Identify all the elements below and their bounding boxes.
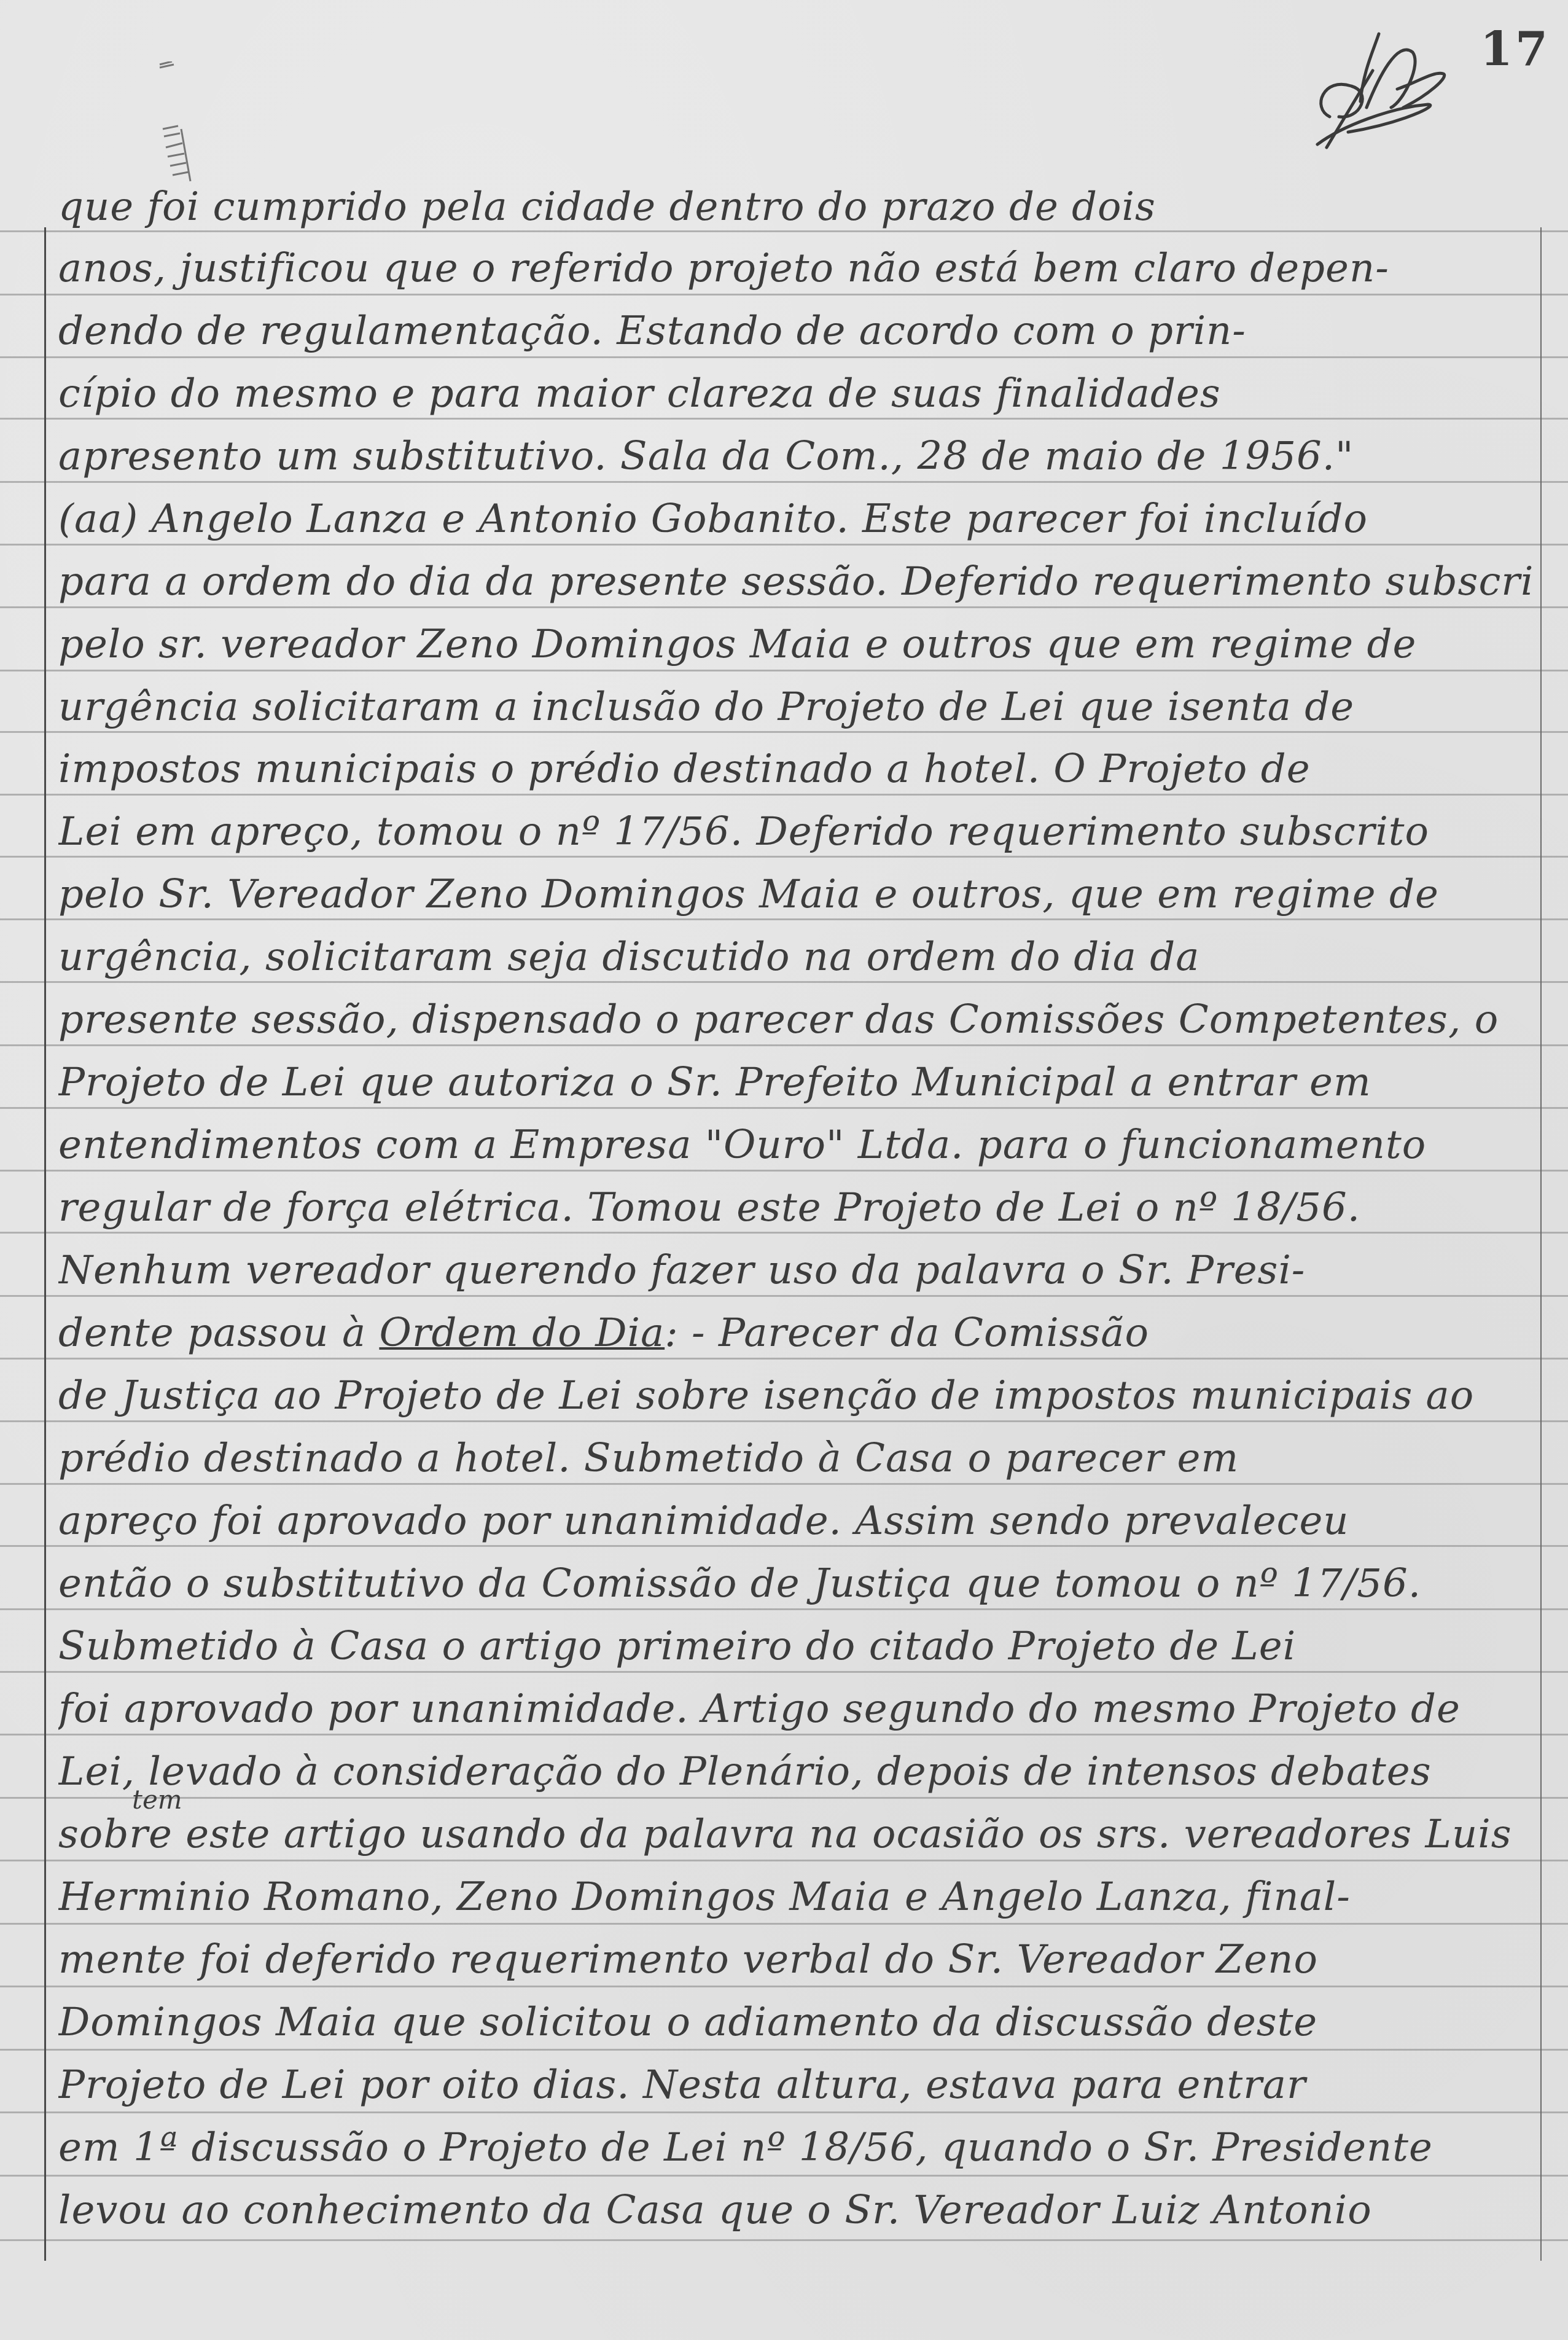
- ruled-line: [0, 1420, 1568, 1422]
- ruled-line: [0, 418, 1568, 420]
- text-line: apreço foi aprovado por unanimidade. Ass…: [58, 1498, 1532, 1544]
- text-line: urgência, solicitaram seja discutido na …: [58, 934, 1532, 980]
- ruled-line: [0, 356, 1568, 358]
- ruled-line: [0, 1044, 1568, 1046]
- text-line: urgência solicitaram a inclusão do Proje…: [58, 684, 1532, 730]
- ruled-line: [0, 794, 1568, 796]
- text-line: impostos municipais o prédio destinado a…: [58, 746, 1532, 792]
- ruled-line: [0, 2239, 1568, 2241]
- ruled-line: [0, 1170, 1568, 1172]
- text-line: sobre este artigo usando da palavra na o…: [58, 1812, 1532, 1857]
- ruled-line: [0, 2049, 1568, 2051]
- ruled-line: [0, 1986, 1568, 1987]
- text-line: então o substitutivo da Comissão de Just…: [58, 1561, 1532, 1606]
- signature-rubric-icon: [1305, 15, 1446, 151]
- text-line: regular de força elétrica. Tomou este Pr…: [58, 1185, 1532, 1231]
- ruled-line: [0, 481, 1568, 483]
- right-margin-line: [1540, 227, 1542, 2261]
- text-line: apresento um substitutivo. Sala da Com.,…: [58, 434, 1532, 479]
- text-line: anos, justificou que o referido projeto …: [58, 246, 1532, 291]
- text-line: foi aprovado por unanimidade. Artigo seg…: [58, 1686, 1532, 1732]
- ruled-line: [0, 2111, 1568, 2113]
- ruled-line: [0, 1295, 1568, 1297]
- ruled-line: [0, 544, 1568, 546]
- ruled-line: [0, 1734, 1568, 1735]
- text-line: mente foi deferido requerimento verbal d…: [58, 1937, 1532, 1982]
- text-line: de Justiça ao Projeto de Lei sobre isenç…: [58, 1373, 1532, 1418]
- text-line: Nenhum vereador querendo fazer uso da pa…: [58, 1248, 1532, 1293]
- interlinear-insert: tem: [132, 1785, 182, 1815]
- ruled-line: [0, 1107, 1568, 1109]
- text-line: Submetido à Casa o artigo primeiro do ci…: [58, 1624, 1532, 1669]
- text-line: cípio do mesmo e para maior clareza de s…: [58, 371, 1532, 417]
- ruled-line: [0, 1358, 1568, 1360]
- text-line: dendo de regulamentação. Estando de acor…: [58, 308, 1532, 354]
- ruled-line: [0, 731, 1568, 733]
- text-line: dente passou à Ordem do Dia: - Parecer d…: [58, 1310, 1532, 1356]
- folio-number: 17: [1480, 22, 1550, 76]
- text-line: prédio destinado a hotel. Submetido à Ca…: [58, 1436, 1532, 1481]
- left-margin-line: [44, 227, 46, 2261]
- ruled-line: [0, 606, 1568, 608]
- ruled-line: [0, 1923, 1568, 1925]
- text-line: levou ao conhecimento da Casa que o Sr. …: [58, 2188, 1532, 2233]
- text-line: Lei, levado à consideração do Plenário, …: [58, 1749, 1532, 1794]
- ruled-line: [0, 1232, 1568, 1234]
- ruled-line: [0, 918, 1568, 920]
- ruled-line: [0, 2175, 1568, 2177]
- text-line: Lei em apreço, tomou o nº 17/56. Deferid…: [58, 809, 1532, 855]
- ruled-line: [0, 981, 1568, 983]
- ruled-line: [0, 1671, 1568, 1673]
- text-line: presente sessão, dispensado o parecer da…: [58, 997, 1532, 1043]
- text-line: em 1ª discussão o Projeto de Lei nº 18/5…: [58, 2125, 1532, 2170]
- text-line: Herminio Romano, Zeno Domingos Maia e An…: [58, 1874, 1532, 1920]
- text-line: Projeto de Lei que autoriza o Sr. Prefei…: [58, 1060, 1532, 1105]
- stamp-marks-icon: [157, 61, 200, 184]
- scanned-document-page: 17 que foi cumprido pela cidade dentro d…: [0, 0, 1568, 2340]
- ruled-line: [0, 856, 1568, 858]
- text-line: (aa) Angelo Lanza e Antonio Gobanito. Es…: [58, 496, 1532, 542]
- ruled-line: [0, 1797, 1568, 1799]
- underlined-heading: Ordem do Dia: [379, 1310, 665, 1356]
- text-line: pelo Sr. Vereador Zeno Domingos Maia e o…: [58, 872, 1532, 917]
- ruled-line: [0, 1483, 1568, 1485]
- ruled-line: [0, 230, 1568, 232]
- ruled-line: [0, 1608, 1568, 1610]
- text-line: para a ordem do dia da presente sessão. …: [58, 559, 1532, 605]
- ruled-line: [0, 1545, 1568, 1547]
- text-line: pelo sr. vereador Zeno Domingos Maia e o…: [58, 622, 1532, 667]
- ruled-line: [0, 294, 1568, 295]
- text-line: Domingos Maia que solicitou o adiamento …: [58, 2000, 1532, 2045]
- text-line: que foi cumprido pela cidade dentro do p…: [58, 184, 1532, 230]
- text-line: entendimentos com a Empresa "Ouro" Ltda.…: [58, 1122, 1532, 1168]
- ruled-line: [0, 670, 1568, 671]
- ruled-line: [0, 1860, 1568, 1861]
- text-line: Projeto de Lei por oito dias. Nesta altu…: [58, 2062, 1532, 2108]
